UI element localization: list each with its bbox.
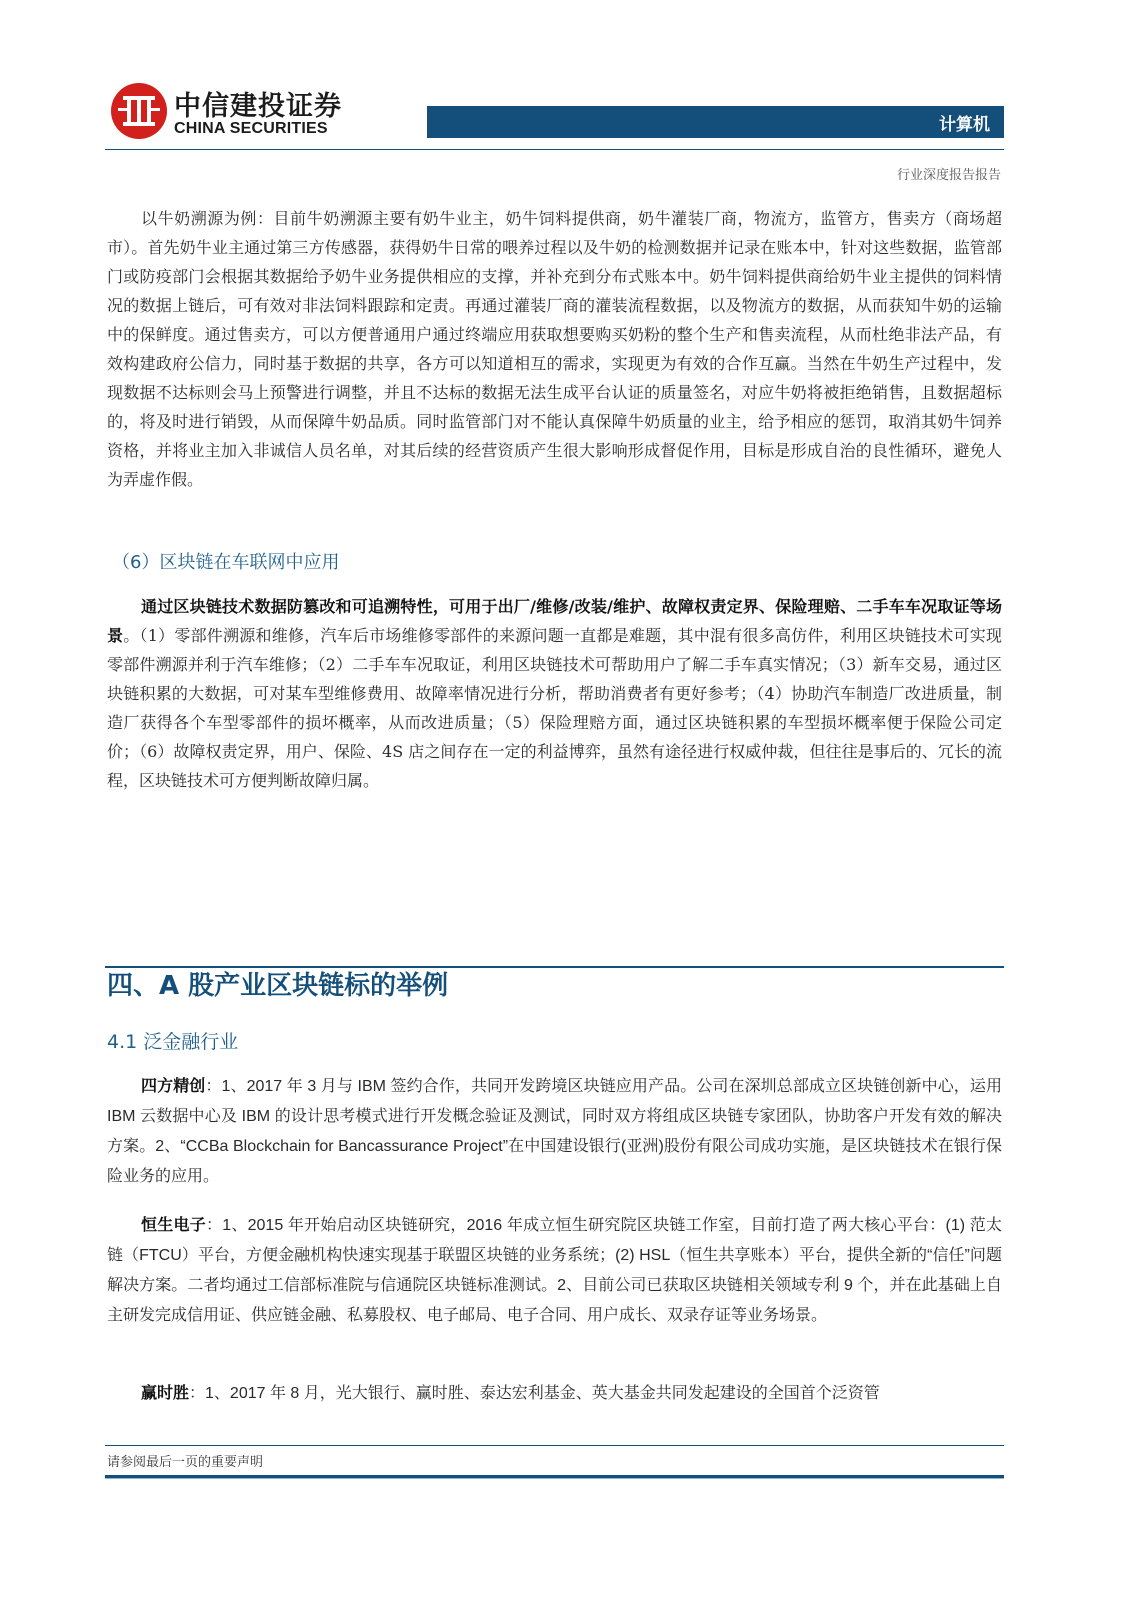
company-name: 恒生电子 [141, 1215, 206, 1234]
paragraph-milk-traceability: 以牛奶溯源为例：目前牛奶溯源主要有奶牛业主，奶牛饲料提供商，奶牛灌装厂商，物流方… [107, 204, 1002, 494]
company-description: ：1、2017 年 3 月与 IBM 签约合作，共同开发跨境区块链应用产品。公司… [107, 1078, 1002, 1185]
company-paragraph-hundsun: 恒生电子：1、2015 年开始启动区块链研究，2016 年成立恒生研究院区块链工… [107, 1210, 1002, 1330]
company-name: 赢时胜 [141, 1383, 189, 1402]
company-description: ：1、2015 年开始启动区块链研究，2016 年成立恒生研究院区块链工作室，目… [107, 1217, 1002, 1324]
sub-heading-vehicle-network: （6）区块链在车联网中应用 [112, 548, 339, 574]
company-paragraph-sifang: 四方精创：1、2017 年 3 月与 IBM 签约合作，共同开发跨境区块链应用产… [107, 1071, 1002, 1191]
logo-chinese-name: 中信建投证券 [174, 84, 342, 123]
company-paragraph-yingshisheng: 赢时胜：1、2017 年 8 月，光大银行、赢时胜、泰达宏利基金、英大基金共同发… [107, 1378, 1002, 1408]
logo-english-name: CHINA SECURITIES [174, 120, 328, 138]
footer-disclaimer: 请参阅最后一页的重要声明 [107, 1451, 263, 1470]
subsection-title: 4.1 泛金融行业 [107, 1027, 238, 1054]
footer-divider-accent [105, 1478, 1004, 1479]
company-name: 四方精创 [141, 1076, 205, 1095]
sector-banner: 计算机 [427, 106, 1004, 138]
sector-label: 计算机 [939, 110, 990, 135]
section-title: 四、A 股产业区块链标的举例 [107, 965, 448, 1002]
brand-logo: 中信建投证券 CHINA SECURITIES [110, 82, 350, 144]
footer-top-divider [105, 1445, 1004, 1446]
paragraph-body: 。（1）零部件溯源和维修，汽车后市场维修零部件的来源问题一直都是难题，其中混有很… [107, 626, 1002, 790]
citic-logo-icon [110, 82, 168, 140]
header-divider [105, 149, 1004, 150]
company-description: ：1、2017 年 8 月，光大银行、赢时胜、泰达宏利基金、英大基金共同发起建设… [189, 1385, 880, 1402]
report-type-label: 行业深度报告报告 [897, 164, 1001, 183]
paragraph-vehicle-network: 通过区块链技术数据防篡改和可追溯特性，可用于出厂/维修/改装/维护、故障权责定界… [107, 592, 1002, 795]
